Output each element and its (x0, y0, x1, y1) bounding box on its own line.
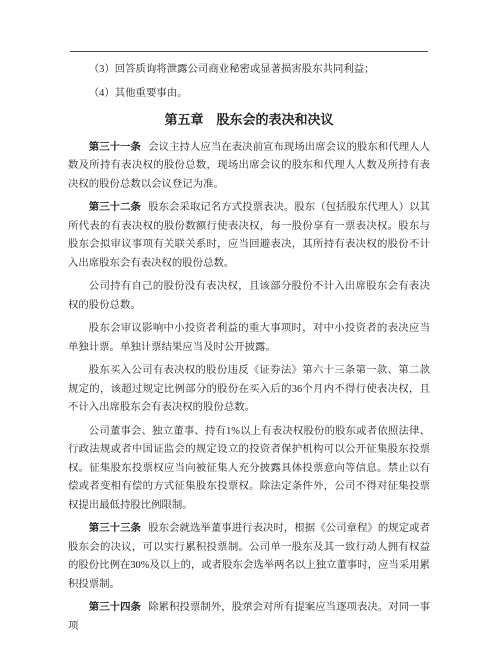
header-rule (70, 51, 428, 52)
article-paragraph: 第三十三条股东会就选举董事进行表决时，根据《公司章程》的规定或者股东会的决议，可… (68, 520, 430, 594)
body-paragraph: 公司持有自己的股份没有表决权，且该部分股份不计入出席股东会有表决权的股份总数。 (68, 278, 430, 315)
paragraph-text: （4）其他重要事由。 (89, 88, 188, 99)
body-paragraph: 股东会审议影响中小投资者利益的重大事项时，对中小投资者的表决应当单独计票。单独计… (68, 320, 430, 357)
clause-paragraph: （4）其他重要事由。 (68, 85, 430, 104)
paragraph-text: （3）回答质询将泄露公司商业秘密或显著损害股东共同利益； (89, 64, 375, 75)
paragraph-text: 公司持有自己的股份没有表决权，且该部分股份不计入出席股东会有表决权的股份总数。 (68, 281, 430, 311)
article-number: 第三十一条 (89, 142, 141, 153)
chapter-heading: 第五章 股东会的表决和决议 (68, 111, 430, 130)
body-paragraph: 股东买入公司有表决权的股份违反《证券法》第六十三条第一款、第二款规定的，该超过规… (68, 362, 430, 418)
paragraph-text: 公司董事会、独立董事、持有1%以上有表决权股份的股东或者依照法律、行政法规或者中… (68, 426, 430, 511)
document-content: （3）回答质询将泄露公司商业秘密或显著损害股东共同利益； （4）其他重要事由。 … (68, 61, 430, 641)
document-page: （3）回答质询将泄露公司商业秘密或显著损害股东共同利益； （4）其他重要事由。 … (0, 0, 500, 647)
page-number: - 9 - (0, 600, 500, 609)
article-paragraph: 第三十二条股东会采取记名方式投票表决。股东（包括股东代理人）以其所代表的有表决权… (68, 199, 430, 273)
article-number: 第三十三条 (89, 523, 141, 534)
clause-paragraph: （3）回答质询将泄露公司商业秘密或显著损害股东共同利益； (68, 61, 430, 80)
paragraph-text: 股东会审议影响中小投资者利益的重大事项时，对中小投资者的表决应当单独计票。单独计… (68, 323, 430, 353)
article-number: 第三十二条 (89, 202, 141, 213)
article-paragraph: 第三十一条会议主持人应当在表决前宣布现场出席会议的股东和代理人人数及所持有表决权… (68, 139, 430, 195)
paragraph-text: 股东买入公司有表决权的股份违反《证券法》第六十三条第一款、第二款规定的，该超过规… (68, 365, 430, 413)
body-paragraph: 公司董事会、独立董事、持有1%以上有表决权股份的股东或者依照法律、行政法规或者中… (68, 423, 430, 516)
